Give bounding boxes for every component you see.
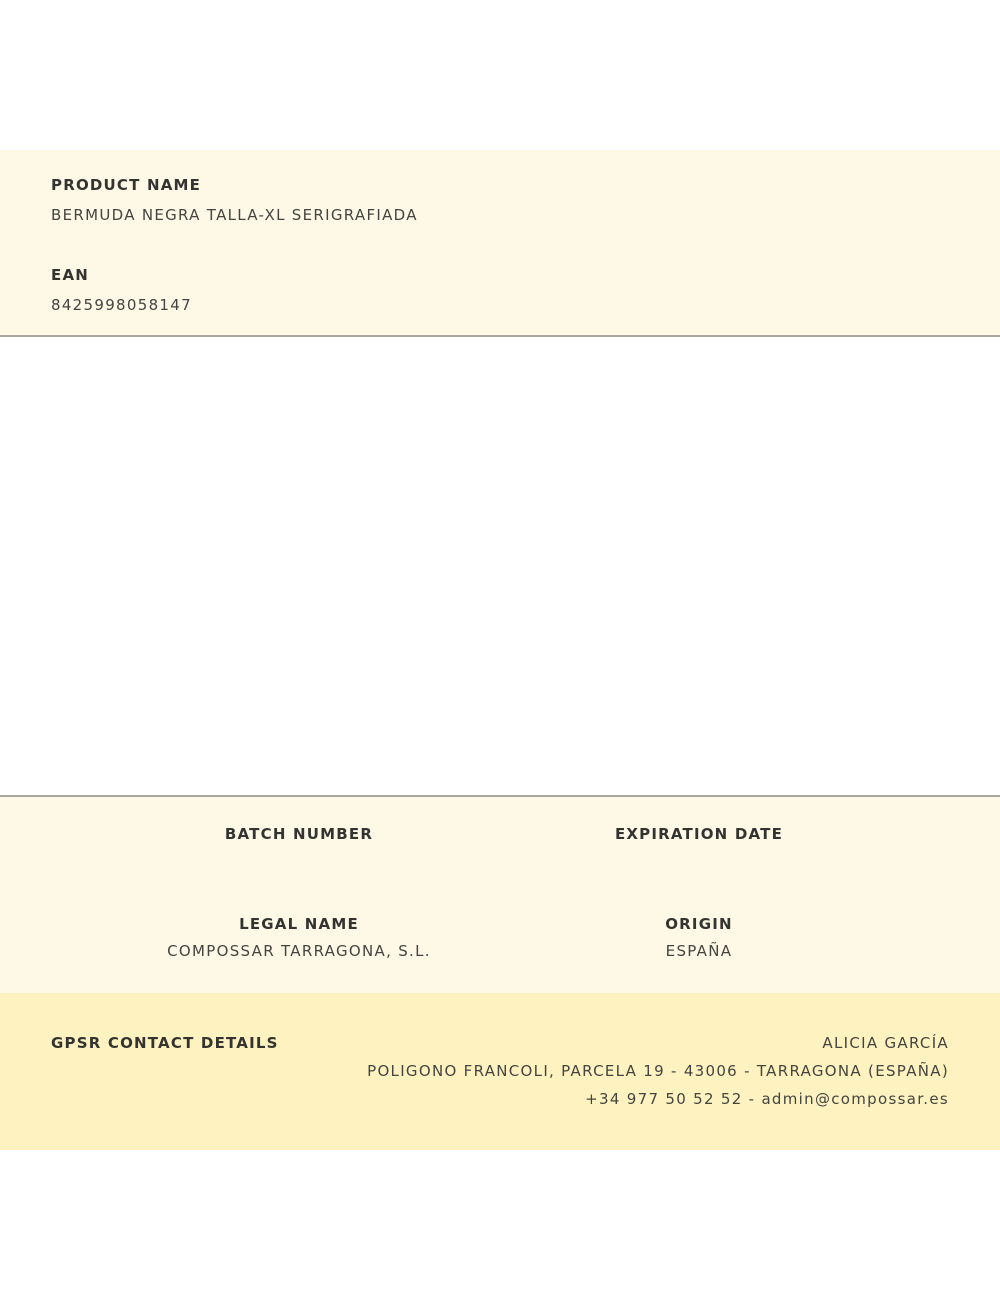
batch-number-field: BATCH NUMBER [99,824,499,870]
origin-label: ORIGIN [665,915,733,933]
expiration-date-value [499,852,899,870]
ean-label: EAN [51,266,89,284]
gpsr-contact-section: GPSR CONTACT DETAILS ALICIA GARCÍA POLIG… [0,993,1000,1150]
expiration-date-label: EXPIRATION DATE [615,825,783,843]
legal-name-field: LEGAL NAME COMPOSSAR TARRAGONA, S.L. [99,914,499,960]
gpsr-contact-label: GPSR CONTACT DETAILS [51,1034,279,1052]
ean-value: 8425998058147 [51,296,192,314]
batch-number-label: BATCH NUMBER [225,825,373,843]
expiration-date-field: EXPIRATION DATE [499,824,899,870]
legal-name-value: COMPOSSAR TARRAGONA, S.L. [99,942,499,960]
origin-field: ORIGIN ESPAÑA [499,914,899,960]
contact-address: POLIGONO FRANCOLI, PARCELA 19 - 43006 - … [367,1062,949,1080]
batch-number-value [99,852,499,870]
contact-phone-email: +34 977 50 52 52 - admin@compossar.es [367,1090,949,1108]
product-name-value: BERMUDA NEGRA TALLA-XL SERIGRAFIADA [51,206,418,224]
gpsr-contact-details: ALICIA GARCÍA POLIGONO FRANCOLI, PARCELA… [367,1034,949,1118]
origin-value: ESPAÑA [499,942,899,960]
product-name-label: PRODUCT NAME [51,176,201,194]
product-details-section: BATCH NUMBER EXPIRATION DATE LEGAL NAME … [0,795,1000,995]
legal-name-label: LEGAL NAME [239,915,359,933]
contact-person: ALICIA GARCÍA [367,1034,949,1052]
product-info-section: PRODUCT NAME BERMUDA NEGRA TALLA-XL SERI… [0,150,1000,337]
